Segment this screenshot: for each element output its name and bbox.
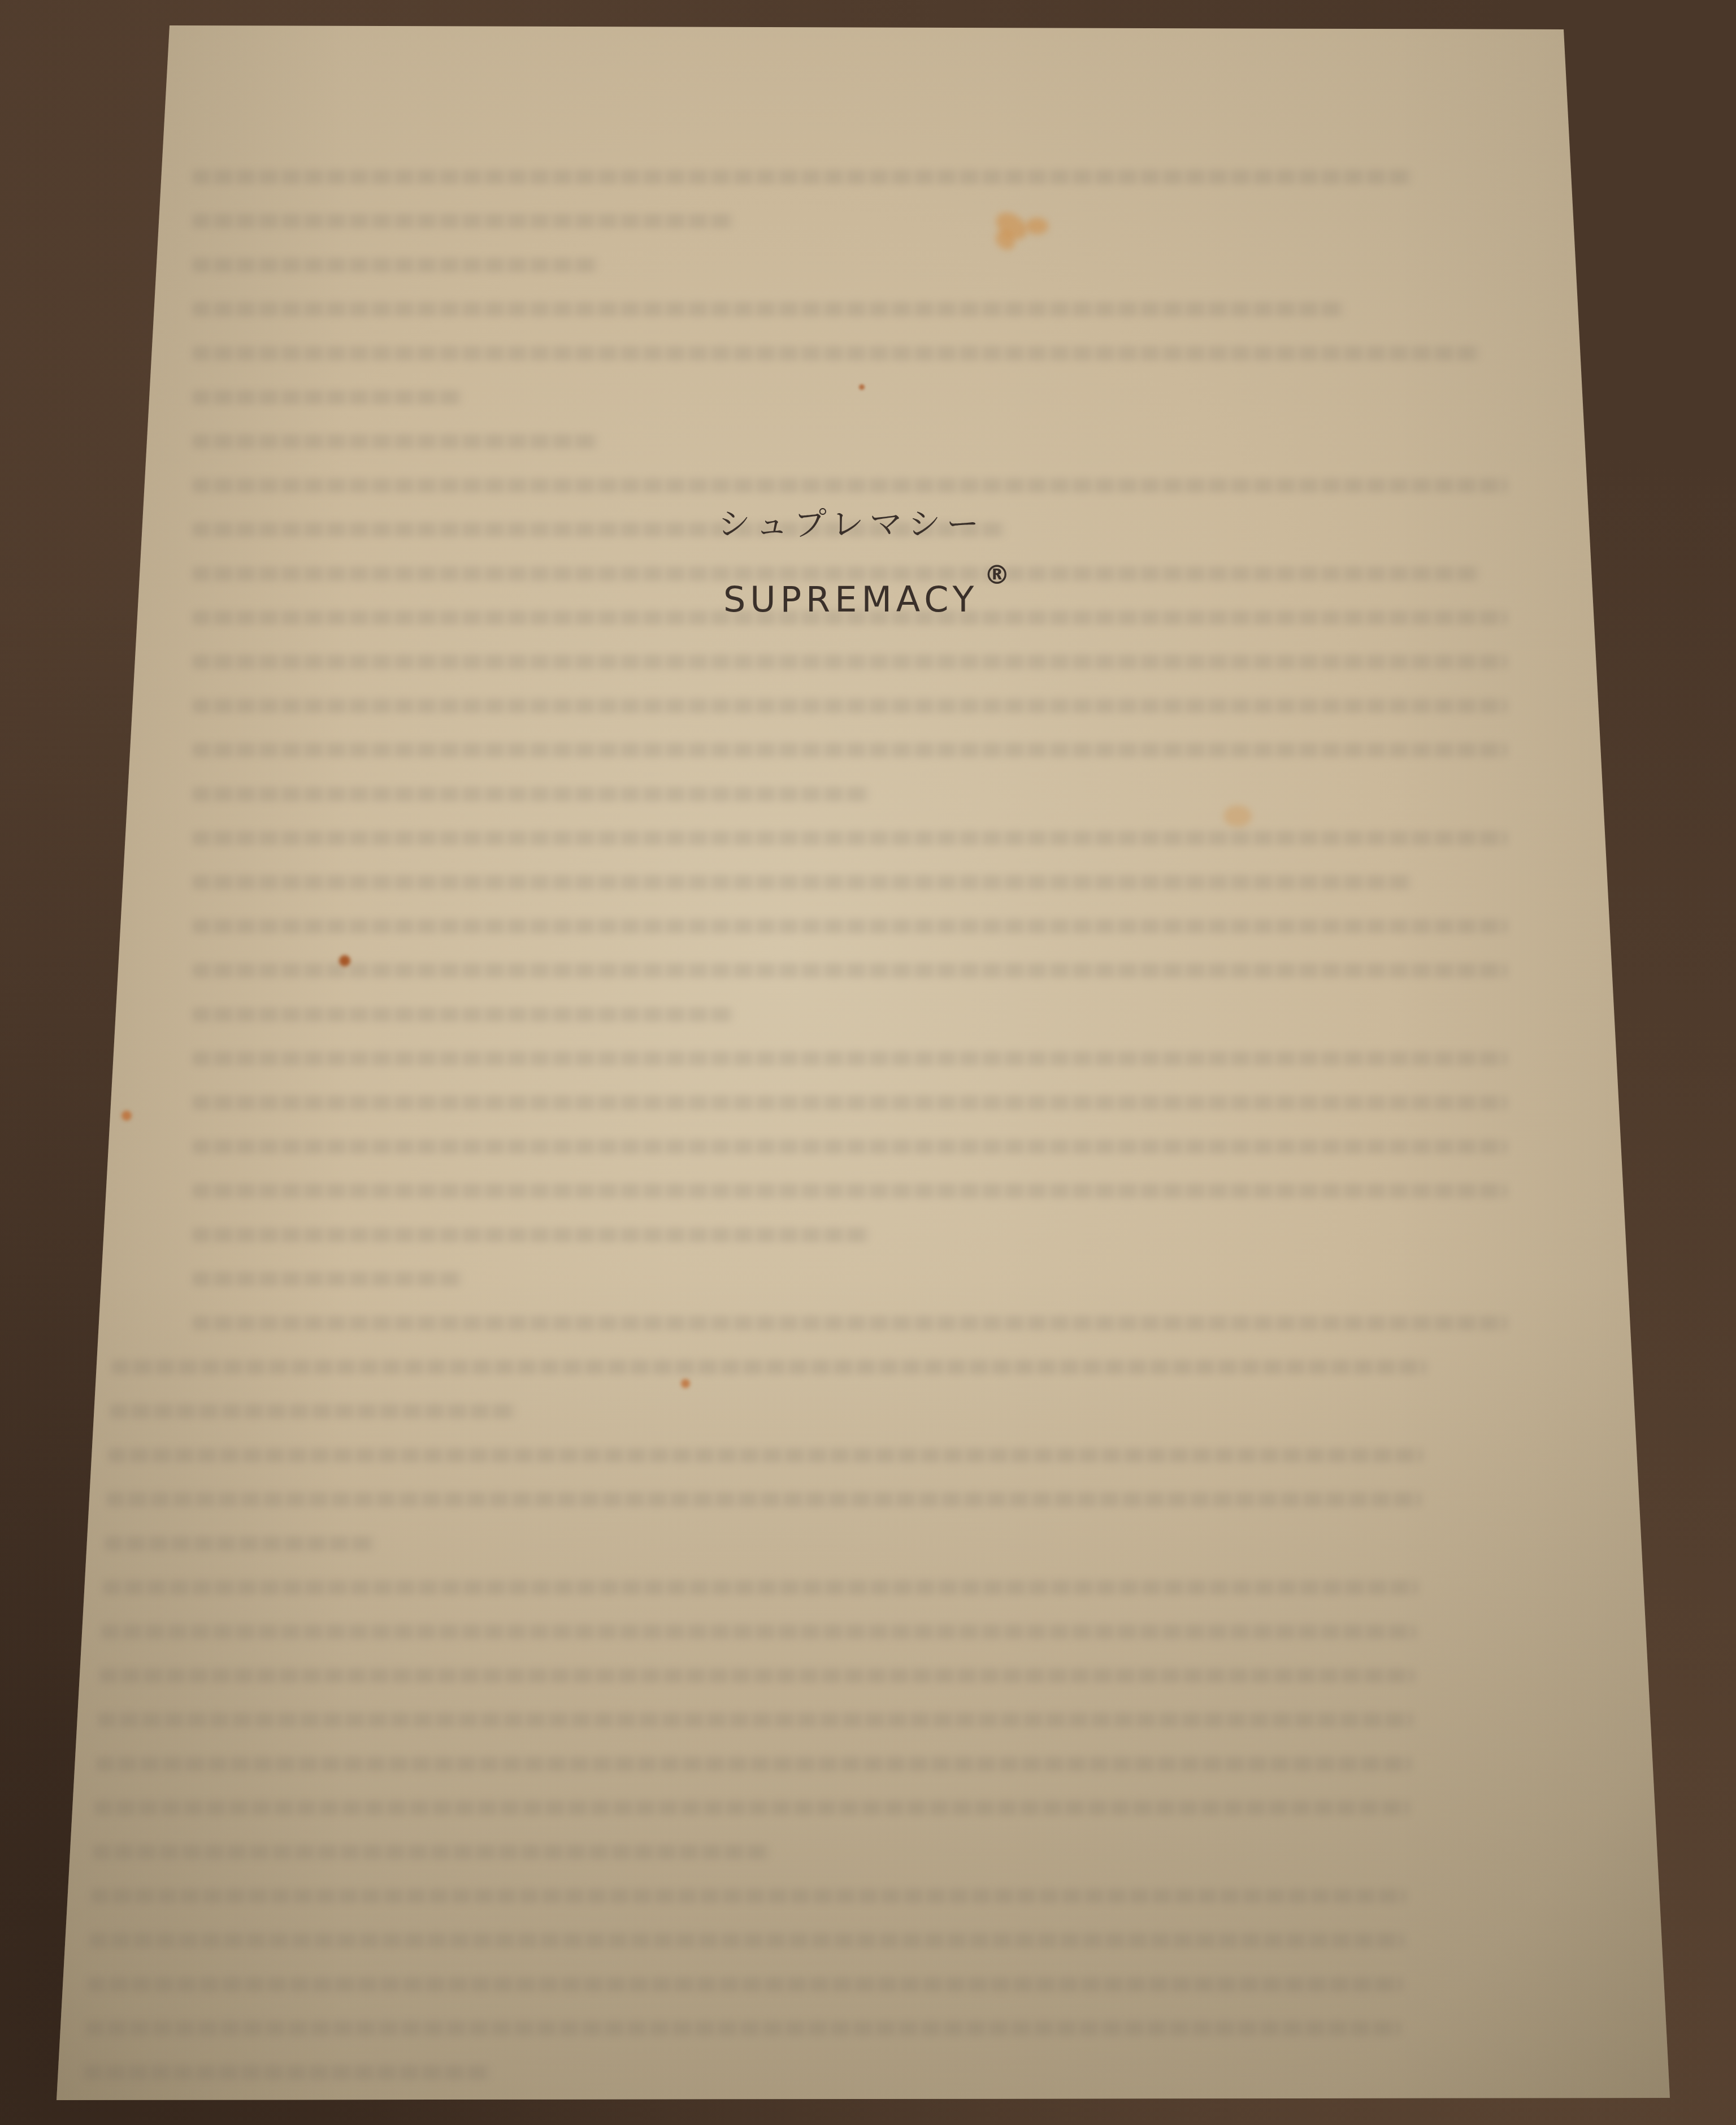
title-japanese: シュプレマシー xyxy=(718,497,985,545)
ghost-text-line xyxy=(192,1139,1508,1154)
ghost-text-line xyxy=(192,1095,1508,1110)
ghost-text-line xyxy=(106,1492,1422,1507)
ghost-text-line xyxy=(192,302,1345,316)
ghost-text-line xyxy=(111,1360,1427,1374)
ghost-text-line xyxy=(192,390,463,405)
ghost-text-line xyxy=(192,170,1413,184)
ghost-text-line xyxy=(96,1757,1412,1771)
ghost-text-line xyxy=(192,434,599,449)
ghost-text-line xyxy=(101,1624,1417,1639)
ghost-text-line xyxy=(192,743,1508,757)
title-english-text: SUPREMACY xyxy=(723,579,978,620)
ghost-text-line xyxy=(192,1183,1508,1198)
ghost-text-line xyxy=(108,1448,1423,1463)
ghost-text-line xyxy=(192,831,1508,845)
ghost-text-line xyxy=(98,1712,1413,1727)
ghost-text-line xyxy=(192,346,1481,361)
ghost-text-line xyxy=(86,2021,1401,2036)
ghost-text-line xyxy=(94,1801,1410,1815)
title-block: シュプレマシー SUPREMACY ® xyxy=(718,497,985,620)
ghost-text-line xyxy=(192,875,1413,890)
ghost-text-line xyxy=(192,1007,735,1022)
ghost-text-line xyxy=(105,1536,376,1551)
ghost-text-line xyxy=(192,919,1508,934)
registered-trademark-icon: ® xyxy=(984,560,1010,590)
ghost-text-line xyxy=(192,258,599,272)
ghost-text-line xyxy=(192,1316,1508,1330)
ghost-text-line xyxy=(192,699,1508,713)
ghost-text-line xyxy=(192,478,1508,493)
ghost-text-line xyxy=(110,1404,517,1419)
title-english: SUPREMACY ® xyxy=(723,579,978,620)
ghost-text-line xyxy=(192,214,735,228)
foxing-stain xyxy=(1026,218,1048,235)
ghost-text-line xyxy=(84,2065,491,2080)
foxing-stain xyxy=(339,955,350,966)
ghost-text-line xyxy=(103,1580,1418,1595)
paper-sheet: シュプレマシー SUPREMACY ® xyxy=(0,0,1736,2125)
ghost-text-line xyxy=(192,654,1508,669)
foxing-stain xyxy=(121,1111,132,1121)
ghost-text-line xyxy=(192,1228,870,1242)
ghost-text-line xyxy=(99,1668,1415,1683)
ghost-text-line xyxy=(93,1845,771,1859)
ghost-text-line xyxy=(89,1933,1405,1948)
bleed-through-text xyxy=(192,170,1548,2109)
ghost-text-line xyxy=(192,787,870,801)
ghost-text-line xyxy=(192,963,1508,978)
ghost-text-line xyxy=(192,1272,463,1286)
ghost-text-line xyxy=(91,1889,1407,1903)
foxing-stain xyxy=(681,1379,690,1388)
foxing-stain xyxy=(859,384,865,390)
ghost-text-line xyxy=(192,1051,1508,1066)
foxing-stain xyxy=(1223,805,1252,827)
ghost-text-line xyxy=(88,1977,1403,1992)
